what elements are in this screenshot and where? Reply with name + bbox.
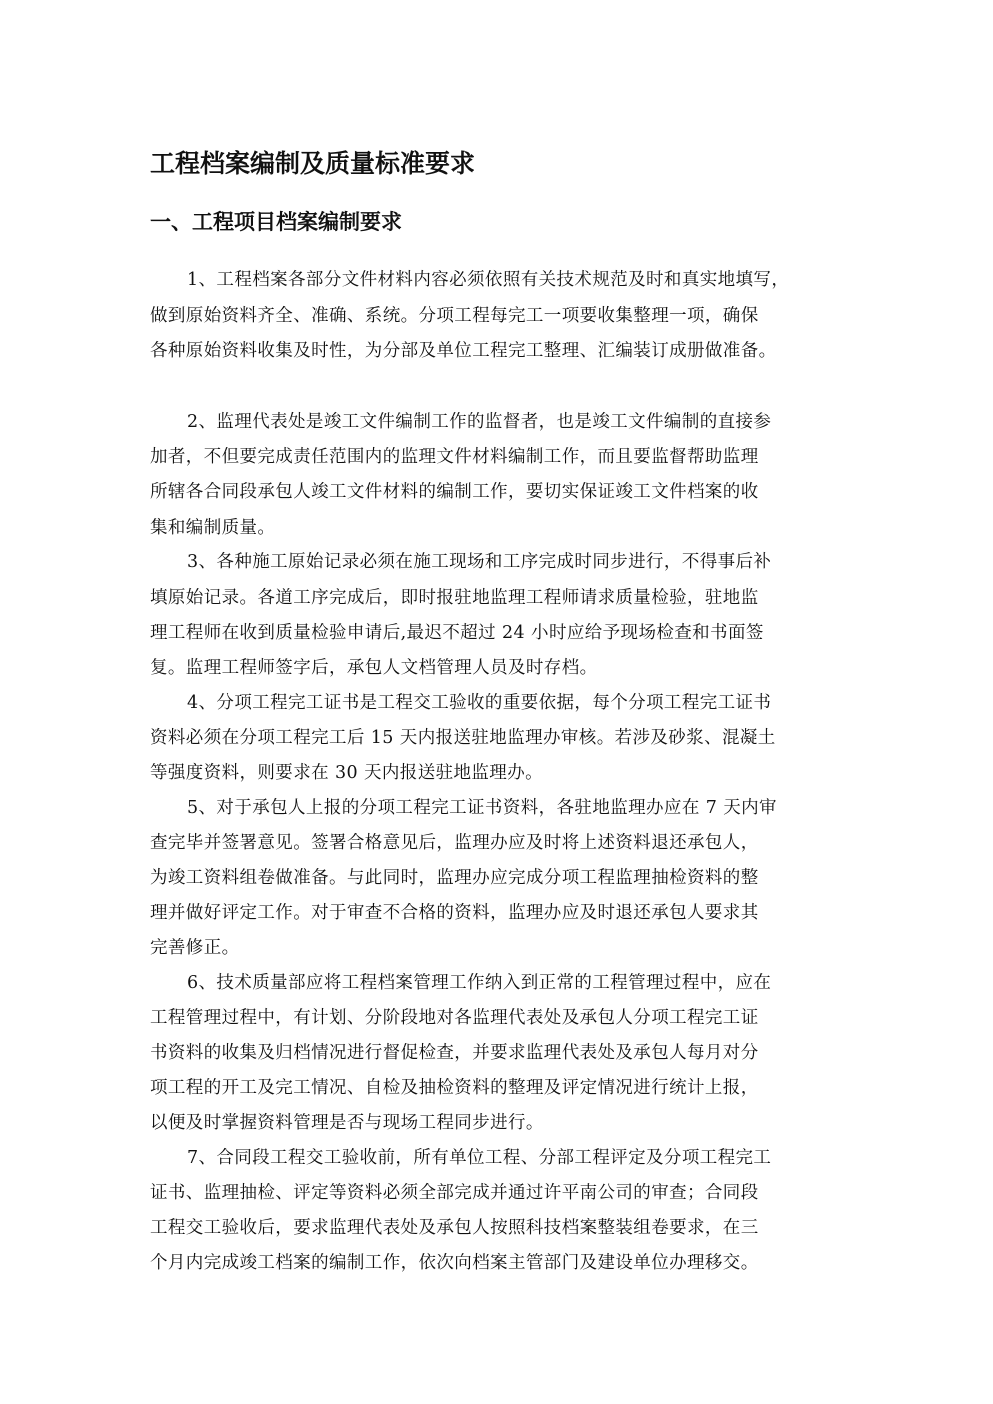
paragraph-line: 7、合同段工程交工验收前，所有单位工程、分部工程评定及分项工程完工 [187, 1144, 771, 1169]
paragraph-line: 5、对于承包人上报的分项工程完工证书资料，各驻地监理办应在 7 天内审 [187, 794, 777, 819]
paragraph-line: 工程管理过程中，有计划、分阶段地对各监理代表处及承包人分项工程完工证 [150, 1004, 759, 1029]
paragraph-line: 等强度资料，则要求在 30 天内报送驻地监理办。 [150, 759, 543, 784]
paragraph-line: 2、监理代表处是竣工文件编制工作的监督者，也是竣工文件编制的直接参 [187, 408, 771, 433]
paragraph-line: 3、各种施工原始记录必须在施工现场和工序完成时同步进行，不得事后补 [187, 548, 771, 573]
paragraph-line: 工程交工验收后，要求监理代表处及承包人按照科技档案整装组卷要求，在三 [150, 1214, 759, 1239]
paragraph-line: 理工程师在收到质量检验申请后,最迟不超过 24 小时应给予现场检查和书面签 [150, 619, 764, 644]
paragraph-line: 填原始记录。各道工序完成后，即时报驻地监理工程师请求质量检验，驻地监 [150, 584, 759, 609]
paragraph-line: 项工程的开工及完工情况、自检及抽检资料的整理及评定情况进行统计上报， [150, 1074, 759, 1099]
paragraph-line: 所辖各合同段承包人竣工文件材料的编制工作，要切实保证竣工文件档案的收 [150, 478, 759, 503]
paragraph-line: 1、工程档案各部分文件材料内容必须依照有关技术规范及时和真实地填写， [187, 266, 789, 291]
paragraph-line: 6、技术质量部应将工程档案管理工作纳入到正常的工程管理过程中，应在 [187, 969, 771, 994]
paragraph-line: 完善修正。 [150, 934, 240, 959]
paragraph-line: 查完毕并签署意见。签署合格意见后，监理办应及时将上述资料退还承包人， [150, 829, 759, 854]
paragraph-line: 复。监理工程师签字后，承包人文档管理人员及时存档。 [150, 654, 598, 679]
section-heading: 一、工程项目档案编制要求 [150, 206, 402, 236]
paragraph-line: 证书、监理抽检、评定等资料必须全部完成并通过许平南公司的审查；合同段 [150, 1179, 759, 1204]
paragraph-line: 各种原始资料收集及时性，为分部及单位工程完工整理、汇编装订成册做准备。 [150, 337, 777, 362]
paragraph-line: 理并做好评定工作。对于审查不合格的资料，监理办应及时退还承包人要求其 [150, 899, 759, 924]
document-title: 工程档案编制及质量标准要求 [150, 144, 475, 180]
document-page: 工程档案编制及质量标准要求 一、工程项目档案编制要求 1、工程档案各部分文件材料… [0, 0, 993, 1404]
paragraph-line: 集和编制质量。 [150, 514, 275, 539]
paragraph-line: 以便及时掌握资料管理是否与现场工程同步进行。 [150, 1109, 544, 1134]
paragraph-line: 个月内完成竣工档案的编制工作，依次向档案主管部门及建设单位办理移交。 [150, 1249, 759, 1274]
paragraph-line: 资料必须在分项工程完工后 15 天内报送驻地监理办审核。若涉及砂浆、混凝土 [150, 724, 776, 749]
paragraph-line: 为竣工资料组卷做准备。与此同时，监理办应完成分项工程监理抽检资料的整 [150, 864, 759, 889]
paragraph-line: 4、分项工程完工证书是工程交工验收的重要依据，每个分项工程完工证书 [187, 689, 771, 714]
paragraph-line: 做到原始资料齐全、准确、系统。分项工程每完工一项要收集整理一项，确保 [150, 302, 759, 327]
paragraph-line: 书资料的收集及归档情况进行督促检查，并要求监理代表处及承包人每月对分 [150, 1039, 759, 1064]
paragraph-line: 加者，不但要完成责任范围内的监理文件材料编制工作，而且要监督帮助监理 [150, 443, 759, 468]
